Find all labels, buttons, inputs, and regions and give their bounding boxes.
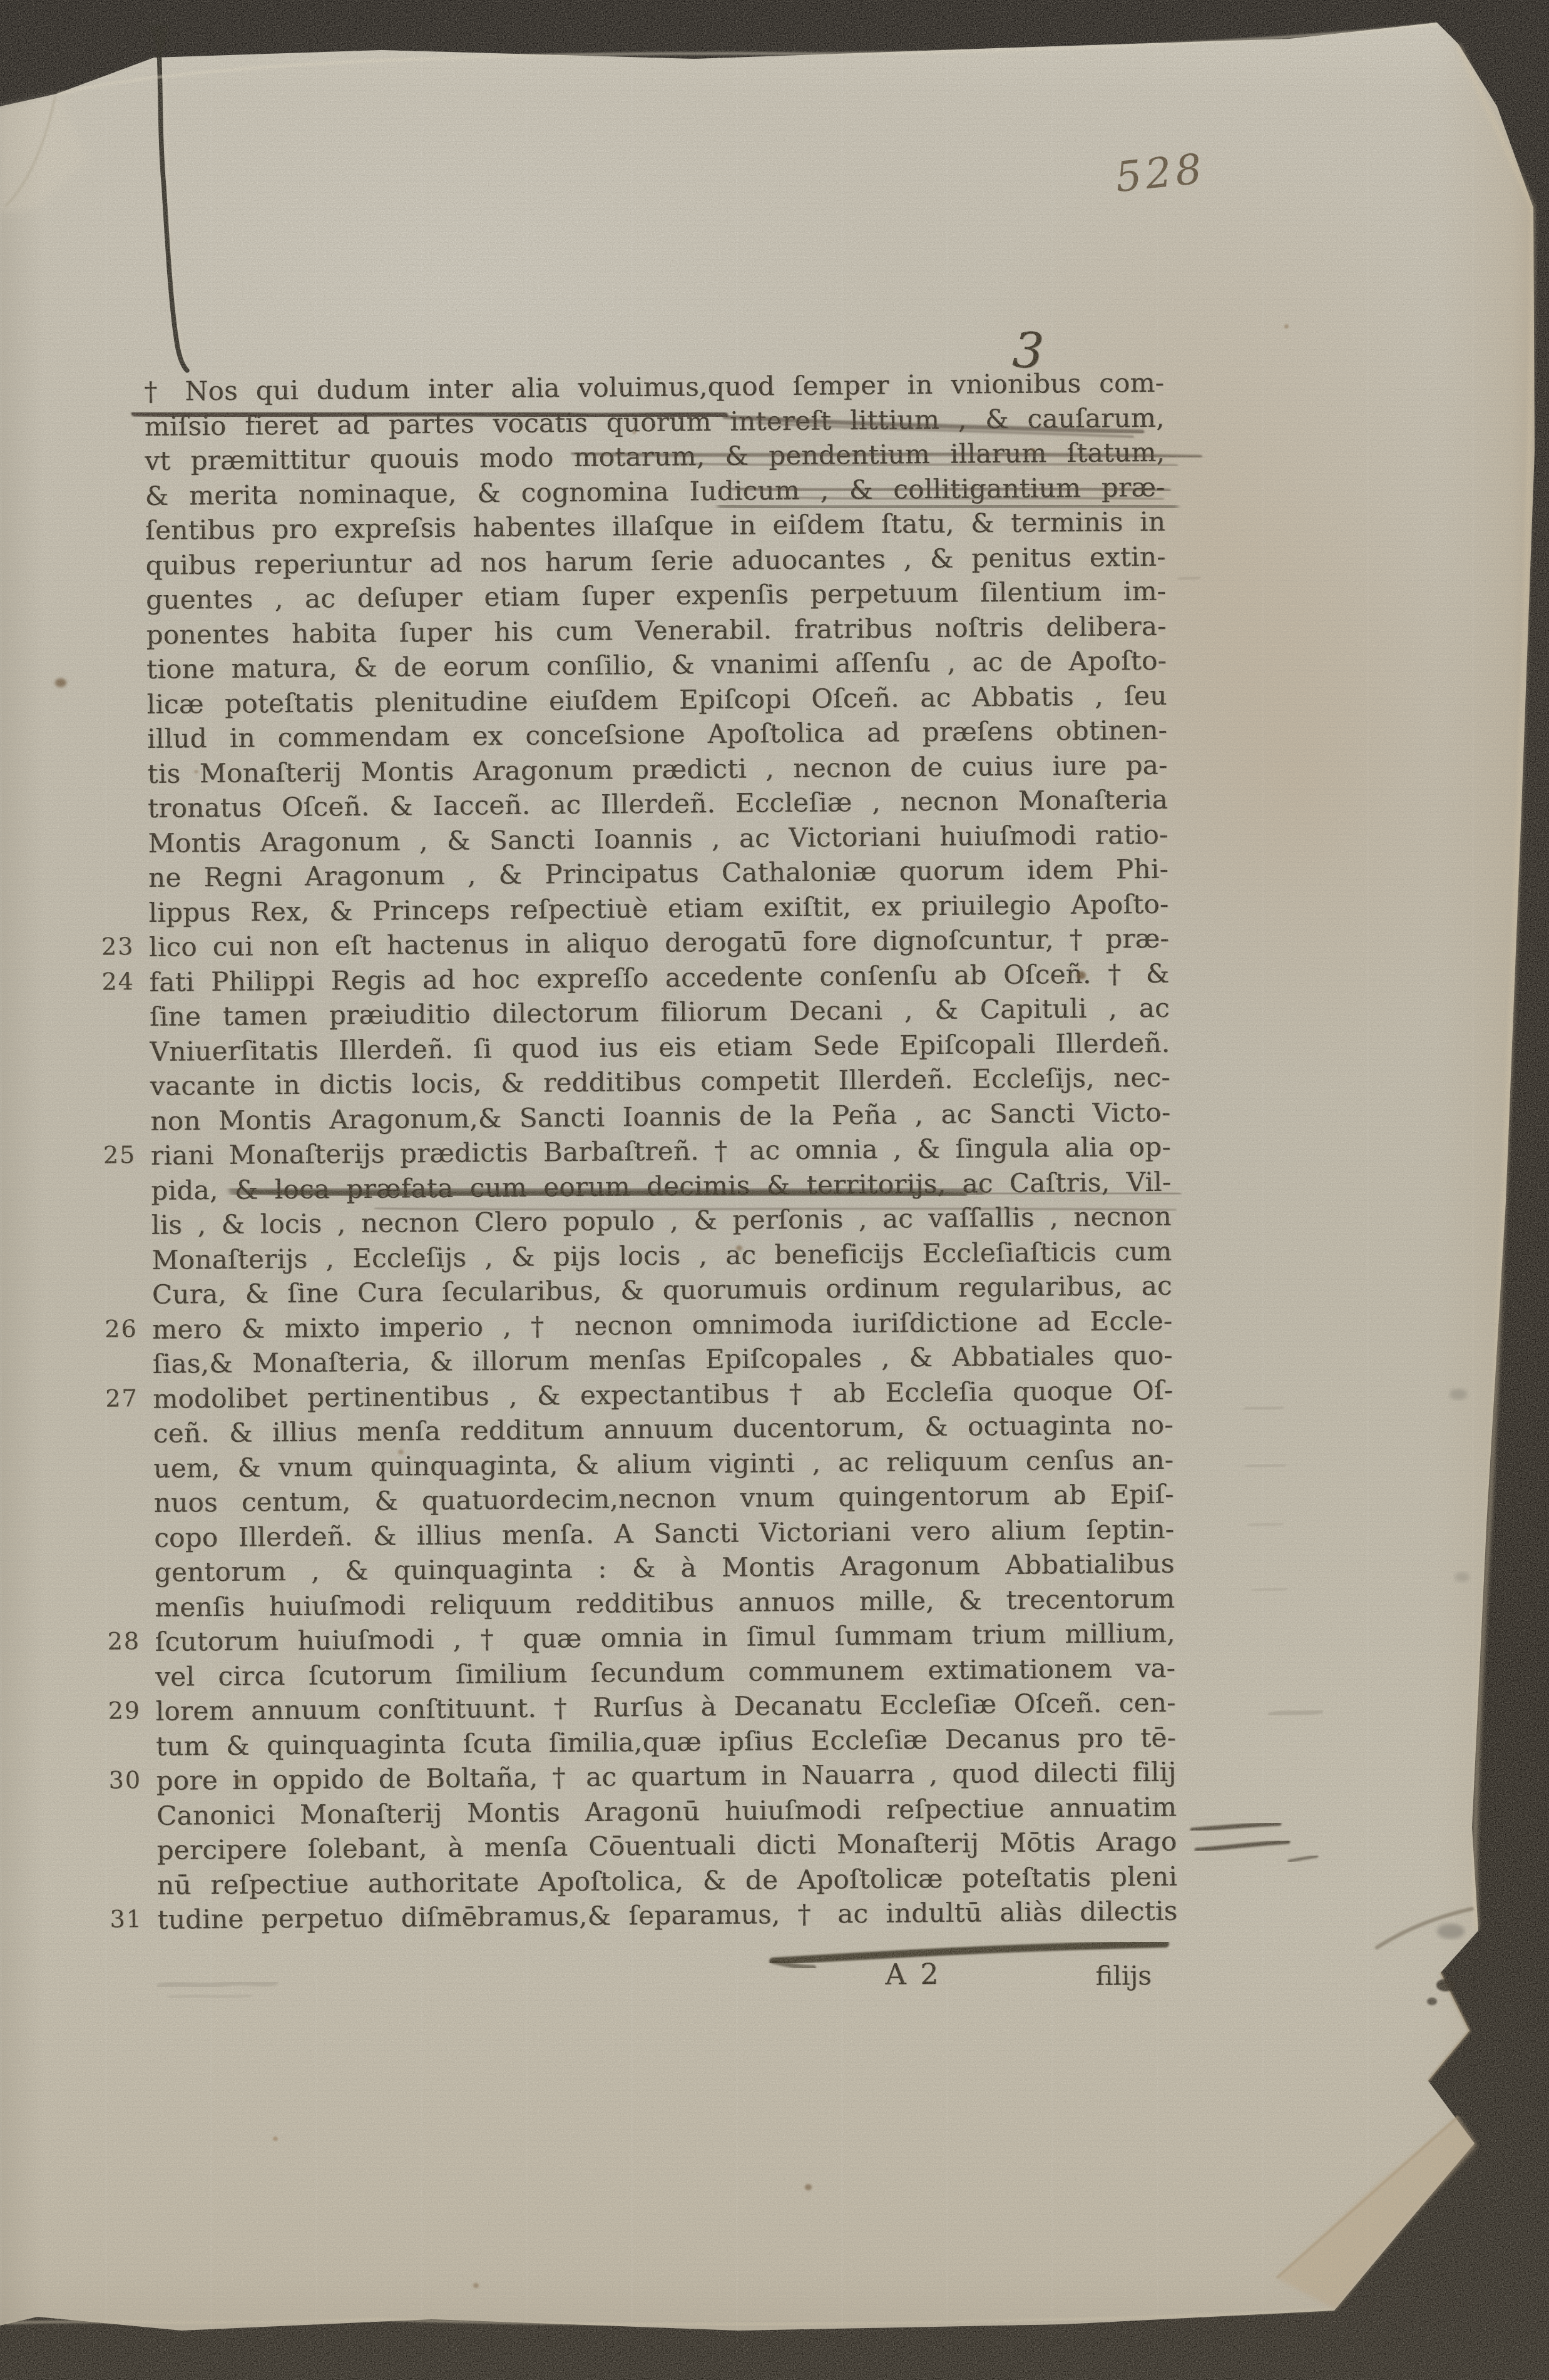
text-block: A 2 filijs † Nos qui dudum inter alia vo…: [0, 0, 1549, 2380]
catchword: filijs: [1095, 1960, 1152, 1991]
margin-line-number: 24: [101, 968, 135, 995]
margin-line-number: 25: [103, 1141, 136, 1168]
margin-line-number: 30: [108, 1766, 141, 1794]
signature-mark: A 2: [885, 1957, 941, 1991]
scanned-book-page-photo: { "document": { "handwritten_folio_numbe…: [0, 0, 1549, 2380]
margin-line-number: 23: [101, 932, 135, 960]
margin-line-number: 29: [108, 1697, 141, 1724]
margin-line-number: 28: [107, 1627, 140, 1655]
margin-line-number: 26: [105, 1315, 138, 1342]
margin-line-number: 27: [105, 1384, 138, 1412]
margin-line-number: 31: [110, 1905, 143, 1933]
